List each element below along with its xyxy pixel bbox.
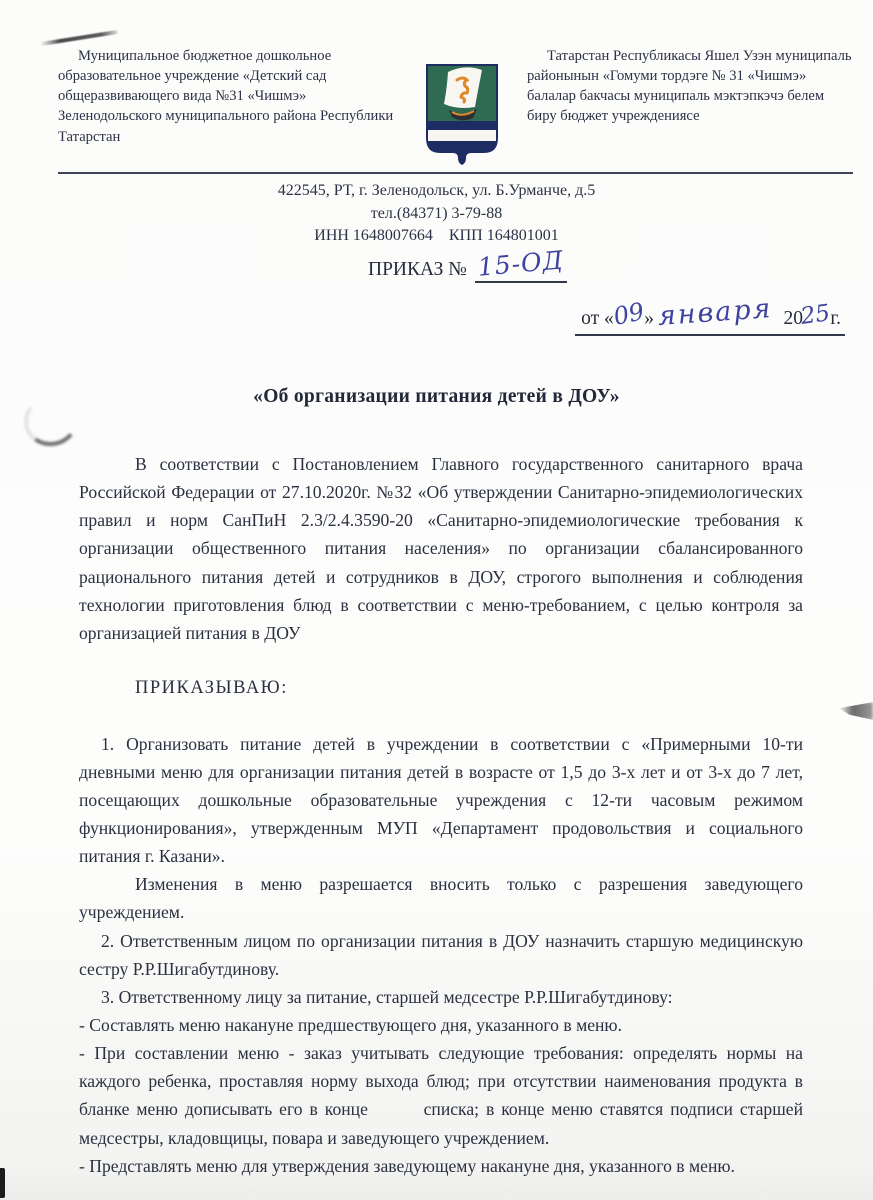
order-date-line: от «09»января 2025г. (575, 300, 845, 336)
date-day-handwritten: 09 (611, 297, 647, 331)
inn-kpp-line: ИНН 1648007664 КПП 164801001 (0, 225, 873, 248)
order-paragraph: 3. Ответственному лицу за питание, старш… (79, 983, 803, 1011)
document-title: «Об организации питания детей в ДОУ» (0, 386, 873, 408)
scan-edge-mark (0, 1168, 5, 1198)
date-prefix: от « (581, 308, 614, 329)
date-suffix: г. (830, 308, 841, 329)
document-body: В соответствии с Постановлением Главного… (79, 450, 803, 1180)
emblem-wrap (396, 46, 527, 166)
org-name-tatar: Татарстан Республикасы Яшел Узэн муницип… (527, 46, 857, 166)
zelenodolsk-coat-of-arms-icon (422, 62, 502, 166)
scanned-order-page: Муниципальное бюджетное дошкольное образ… (0, 0, 873, 1200)
prikaz-label: ПРИКАЗЫВАЮ: (79, 674, 803, 704)
order-paragraph: 2. Ответственным лицом по организации пи… (79, 927, 803, 983)
header-divider (58, 172, 853, 174)
intro-paragraph: В соответствии с Постановлением Главного… (79, 450, 803, 647)
order-paragraph: Изменения в меню разрешается вносить тол… (79, 870, 803, 926)
scan-smudge (839, 702, 873, 720)
date-quote-close: » (644, 308, 654, 329)
org-name-russian: Муниципальное бюджетное дошкольное образ… (58, 46, 396, 166)
order-paragraph: 1. Организовать питание детей в учрежден… (79, 730, 803, 871)
order-paragraph: - При составлении меню - заказ учитывать… (79, 1039, 803, 1152)
order-number-blank: 15-ОД (475, 252, 567, 283)
date-month-handwritten: января (657, 293, 774, 332)
order-number-handwritten: 15-ОД (476, 245, 564, 281)
phone-line: тел.(84371) 3-79-88 (0, 203, 873, 226)
pen-stroke-artifact (40, 30, 118, 46)
address-line: 422545, РТ, г. Зеленодольск, ул. Б.Урман… (0, 180, 873, 203)
order-paragraph: - Представлять меню для утверждения заве… (79, 1152, 803, 1180)
date-year-handwritten: 25 (799, 300, 832, 330)
letterhead: Муниципальное бюджетное дошкольное образ… (58, 46, 857, 166)
order-paragraph: - Составлять меню накануне предшествующе… (79, 1011, 803, 1039)
order-number-label: ПРИКАЗ № (368, 259, 467, 280)
contact-block: 422545, РТ, г. Зеленодольск, ул. Б.Урман… (0, 180, 873, 248)
order-number-line: ПРИКАЗ №15-ОД (368, 252, 567, 283)
order-paragraphs: 1. Организовать питание детей в учрежден… (79, 730, 803, 1180)
